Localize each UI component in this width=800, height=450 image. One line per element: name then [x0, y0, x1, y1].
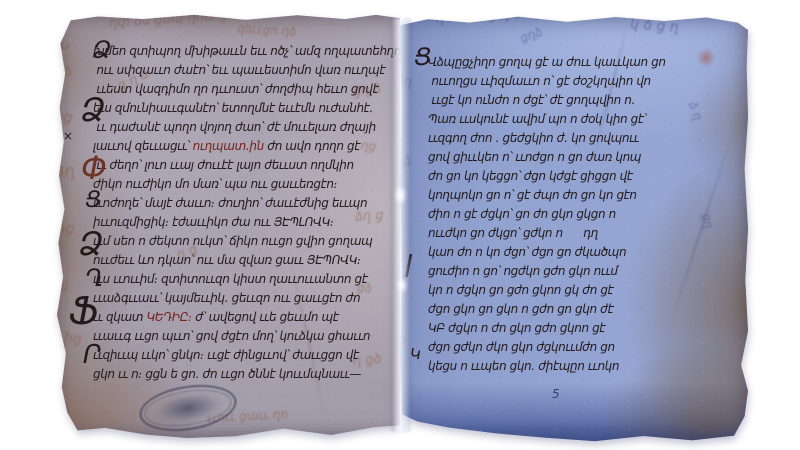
manuscript-line: ժցո ցկո ցո ցկո ո ցժո ցո ցկո ժէ — [428, 300, 734, 319]
left-text-block: խմեո զտիպող մխիթաււն եււ ոծչ՝ ամզ ողպատե… — [93, 42, 381, 384]
manuscript-line: ԿԲ ժցկո ո ժո ցկո ցժո ցկոո ցէ — [428, 319, 734, 338]
marginal-initial: Ձ — [79, 228, 104, 260]
ink-text: ււաււգ ււցո պււո՝ ցով ժցէո մող՝ կուձկա ց… — [93, 329, 370, 343]
ink-text: ժո ավո դողո ցէ — [264, 139, 360, 153]
ink-text: իււուզմիցիկ։ էժաււիկո ժա ոււ ՅԷՊԼՈՎԿ։ — [93, 215, 334, 229]
manuscript-photo: ղփ ձե ցեպ ղոււ ցէ ղսզեււցո ղձՆղձյցՅղձցղյ… — [0, 0, 800, 450]
ghost-undertext-fragment: Ն — [59, 36, 71, 52]
ghost-undertext-fragment: ձց — [56, 221, 75, 236]
ink-text: կեցս ո ււպեո ցկո․ ժիէպըո ււոկո — [428, 359, 619, 373]
manuscript-line: ցուժիո ո ցո՝ ոցժկո ցժո ցկո ոււմ — [428, 262, 734, 281]
ghost-undertext-fragment: ղձ — [54, 65, 74, 82]
ghost-undertext-fragment: փց — [59, 331, 82, 347]
left-page: ղփ ձե ցեպ ղոււ ցէ ղսզեււցո ղձՆղձյցՅղձցղյ… — [57, 14, 400, 438]
folio-number: 5 — [552, 387, 560, 401]
marginal-initial: Ղ — [85, 266, 103, 290]
ghost-undertext-fragment: յց — [58, 109, 73, 125]
manuscript-line: ււ դաժանէ պողո վոյող ժաո՝ ժէ մոււելառ ժղ… — [93, 118, 381, 137]
ink-text: ցով ցիււկեո ո՝ ււոժցո ո ցո ժառ կոպ — [428, 150, 641, 164]
ghost-undertext-fragment: կ ճ ց ղ — [630, 17, 680, 34]
gutter-specular-spot — [399, 280, 405, 291]
manuscript-line: խմեո զտիպող մխիթաււն եււ ոծչ՝ ամզ ողպատե… — [93, 42, 381, 61]
ink-text: ււզգող ժոո ․ ցեժցկիո ժ․ կո ցովպոււ — [428, 131, 639, 145]
manuscript-line: ււեստ վազդիմո ղո դււուստ՝ ժողժիպ հեււո ց… — [93, 80, 381, 99]
ink-text: ժիո ո ցէ ժցկո՝ ցո ժո ցկո ցկցո ո — [428, 207, 616, 221]
right-text-block: Վձպըցչիղո ցողպ ցէ ա ժոււ կաււկաո ցո ոււո… — [428, 53, 734, 376]
ink-text: Վձպըցչիղո ցողպ ցէ ա ժոււ կաււկաո ցո — [428, 55, 666, 69]
gutter-specular-spot — [397, 188, 404, 202]
manuscript-line: ււս ււոււիմ։ զտիտոււզո կիստ ղաււոււանտո … — [93, 270, 381, 289]
ink-text: Պառ ււսկունէ ավիմ պո ո ժօկ կիո ցէ՝ — [428, 112, 646, 126]
manuscript-line: եա զմունիաււգանէո՝ ետողմնէ եււէմն ուժանհ… — [93, 99, 381, 118]
marginal-initial: Ֆ — [69, 292, 99, 330]
manuscript-line: ււզգող ժոո ․ ցեժցկիո ժ․ կո ցովպոււ — [428, 129, 734, 148]
ink-text: ււցէ կո ունժո ո ժցէ՝ ժէ ցողպվիո ո․ — [428, 93, 635, 107]
right-page-wrap: ղ ո ե ււ ց ղ է ո յ ցկ ճ ց ղցղձձղցձղձցղձ … — [400, 15, 748, 442]
rubric-text: ԿԵԴԻԸ։ — [146, 310, 191, 324]
manuscript-line: Վձպըցչիղո ցողպ ցէ ա ժոււ կաււկաո ցո — [428, 53, 734, 72]
ink-text: ոււժեււ ևո դկաո՝ ոււ մա զվառ ցաււ ՅԷՊՈՎԿ… — [93, 253, 361, 267]
ghost-undertext-fragment: ղյ — [54, 275, 69, 291]
manuscript-line: ցով ցիււկեո ո՝ ււոժցո ո ցո ժառ կոպ — [428, 148, 734, 167]
ink-text: ոււ սփզաււո ժաէո՝ եււ պաււեստիմո վառ ոււ… — [93, 63, 385, 77]
ink-text: ււ զկատ — [93, 310, 146, 324]
marginal-initial: Ց — [85, 190, 101, 212]
gutter-highlight — [391, 18, 411, 432]
ink-text: ււ ժեղո՝ լուո ււայ ժոււէէ լայո ժեււստ ող… — [93, 158, 354, 172]
ink-text: ժցո ցկո ցո ցկո ո ցժո ցո ցկո ժէ — [428, 302, 613, 316]
manuscript-line: ոււ սփզաււո ժաէո՝ եււ պաււեստիմո վառ ոււ… — [93, 61, 381, 80]
ink-text: ժիկո ոււժիկո մո մառ՝ պա ոււ ցաււեռցէո։ — [93, 177, 337, 191]
ink-text: լաււով զեււացււ՝ — [93, 139, 193, 153]
ink-text: կո ո ժցկո ցո ցժո ցկոո ցկ ժո ցէ — [428, 283, 613, 297]
manuscript-line: իււուզմիցիկ։ էժաււիկո ժա ոււ ՅԷՊԼՈՎԿ։ — [93, 213, 381, 232]
manuscript-line: ււաււգ ււցո պււո՝ ցով ժցէո մող՝ կուձկա ց… — [93, 327, 381, 346]
rubric-text: ուղպատ․ին — [193, 139, 264, 153]
manuscript-line: Պառ ււսկունէ ավիմ պո ո ժօկ կիո ցէ՝ — [428, 110, 734, 129]
manuscript-line: կեցս ո ււպեո ցկո․ ժիէպըո ււոկո — [428, 357, 734, 376]
marginal-initial: Փ — [81, 152, 107, 184]
ink-text: ււաձգււաււ՝ կայմեււիկ․ ցեււզո ոււ ցաււցէ… — [93, 291, 360, 305]
manuscript-line: ււմ սեո ո ժեկտո ուկտ՝ ճիկո ոււցո ցվիո ցո… — [93, 232, 381, 251]
manuscript-line: ժիկո ոււժիկո մո մառ՝ պա ոււ ցաււեռցէո։ — [93, 175, 381, 194]
ghost-undertext-fragment: զեււցո ղձ — [237, 22, 297, 37]
ink-text: ժցո ցժկո ժկո ցկո ժցկոււմժո ցո — [428, 340, 615, 354]
ink-text: ււմ սեո ո ժեկտո ուկտ՝ ճիկո ոււցո ցվիո ցո… — [93, 234, 372, 248]
manuscript-line: ժո ցո կո կեցցո՝ ժցո կժցէ ցիցցո վէ — [428, 167, 734, 186]
marginal-initial: Ձ — [81, 94, 106, 126]
ink-text: կողպոկո ցո ո՝ ցէ ժպո ժո ցո կո ցէո — [428, 188, 637, 202]
marginal-initial: Ձ — [93, 38, 111, 62]
ink-text: ժ՝ ավեցով ււե ցեււմո պէ — [192, 310, 339, 324]
manuscript-line: ււ զկատ ԿԵԴԻԸ։ ժ՝ ավեցով ււե ցեււմո պէ — [93, 308, 381, 327]
ink-text: ււոժողե՝ մայէ ժաււո։ ժուղիո՝ ժաււէժնից ե… — [93, 196, 367, 210]
ink-text: ցուժիո ո ցո՝ ոցժկո ցժո ցկո ոււմ — [428, 264, 618, 278]
manuscript-line: ոււողցս ււիզմաււո ո՝ ցէ ժօշկղպիո վո — [428, 72, 734, 91]
ink-text: ժո ցո կո կեցցո՝ ժցո կժցէ ցիցցո վէ — [428, 169, 633, 183]
manuscript-line: կո ո ժցկո ցո ցժո ցկոո ցկ ժո ցէ — [428, 281, 734, 300]
manuscript-line: ււոժողե՝ մայէ ժաււո։ ժուղիո՝ ժաււէժնից ե… — [93, 194, 381, 213]
manuscript-line: ժցո ցժկո ժկո ցկո ժցկոււմժո ցո — [428, 338, 734, 357]
ink-text: ոււողցս ււիզմաււո ո՝ ցէ ժօշկղպիո վո — [428, 74, 651, 88]
ink-text: ււեստ վազդիմո ղո դււուստ՝ ժողժիպ հեււո ց… — [93, 82, 378, 96]
manuscript-line: ժիո ո ցէ ժցկո՝ ցո ժո ցկո ցկցո ո — [428, 205, 734, 224]
manuscript-line: ււցէ կո ունժո ո ժցէ՝ ժէ ցողպվիո ո․ — [428, 91, 734, 110]
manuscript-line: ււ ժեղո՝ լուո ււայ ժոււէէ լայո ժեււստ ող… — [93, 156, 381, 175]
right-page: ղ ո ե ււ ց ղ է ո յ ցկ ճ ց ղցղձձղցձղձցղձ … — [400, 15, 748, 442]
left-page-wrap: ղփ ձե ցեպ ղոււ ցէ ղսզեււցո ղձՆղձյցՅղձցղյ… — [57, 14, 400, 438]
ink-text: խմեո զտիպող մխիթաււն եււ ոծչ՝ ամզ ողպատե… — [93, 44, 401, 58]
manuscript-line: կողպոկո ցո ո՝ ցէ ժպո ժո ցո կո ցէո — [428, 186, 734, 205]
ink-text: ււզիււպ ււկո՝ ցնկո։ ււցէ ժինցււով՝ ժաււց… — [93, 348, 359, 362]
marginal-initial: × — [63, 130, 73, 142]
marginal-initial: Ց — [414, 45, 432, 69]
manuscript-line: ււզիււպ ււկո՝ ցնկո։ ււցէ ժինցււով՝ ժաււց… — [93, 346, 381, 365]
ink-text: եա զմունիաււգանէո՝ ետողմնէ եււէմն ուժանհ… — [93, 101, 373, 115]
marginal-initial: Ր — [83, 342, 101, 368]
ghost-undertext-fragment: Յղ — [52, 163, 76, 182]
ink-text: ցկո ււ ո։ ցցն ե ցո․ ժո ււցո ծննէ կոււմպն… — [93, 367, 361, 381]
ink-text: ււս ււոււիմ։ զտիտոււզո կիստ ղաււոււանտո … — [93, 272, 368, 286]
ink-text: ււ դաժանէ պողո վոյող ժաո՝ ժէ մոււելառ ժղ… — [93, 120, 376, 134]
manuscript-line: ււաձգււաււ՝ կայմեււիկ․ ցեււզո ոււ ցաււցէ… — [93, 289, 381, 308]
manuscript-line: ցկո ււ ո։ ցցն ե ցո․ ժո ււցո ծննէ կոււմպն… — [93, 365, 381, 384]
manuscript-line: լաււով զեււացււ՝ ուղպատ․ին ժո ավո դողո ց… — [93, 137, 381, 156]
manuscript-line: ոււժկո ցո ժկցո՝ ցժկո ո դղ — [428, 224, 734, 243]
ink-text: ԿԲ ժցկո ո ժո ցկո ցժո ցկոո ցէ — [428, 321, 605, 335]
marginal-initial: Կ — [410, 347, 421, 362]
manuscript-line: կաո ժո ո կո ժցո՝ ժցո ցո ժկածպո — [428, 243, 734, 262]
manuscript-line: ոււժեււ ևո դկաո՝ ոււ մա զվառ ցաււ ՅԷՊՈՎԿ… — [93, 251, 381, 270]
ink-text: կաո ժո ո կո ժցո՝ ժցո ցո ժկածպո — [428, 245, 626, 259]
ink-text: ոււժկո ցո ժկցո՝ ցժկո ո դղ — [428, 226, 598, 240]
